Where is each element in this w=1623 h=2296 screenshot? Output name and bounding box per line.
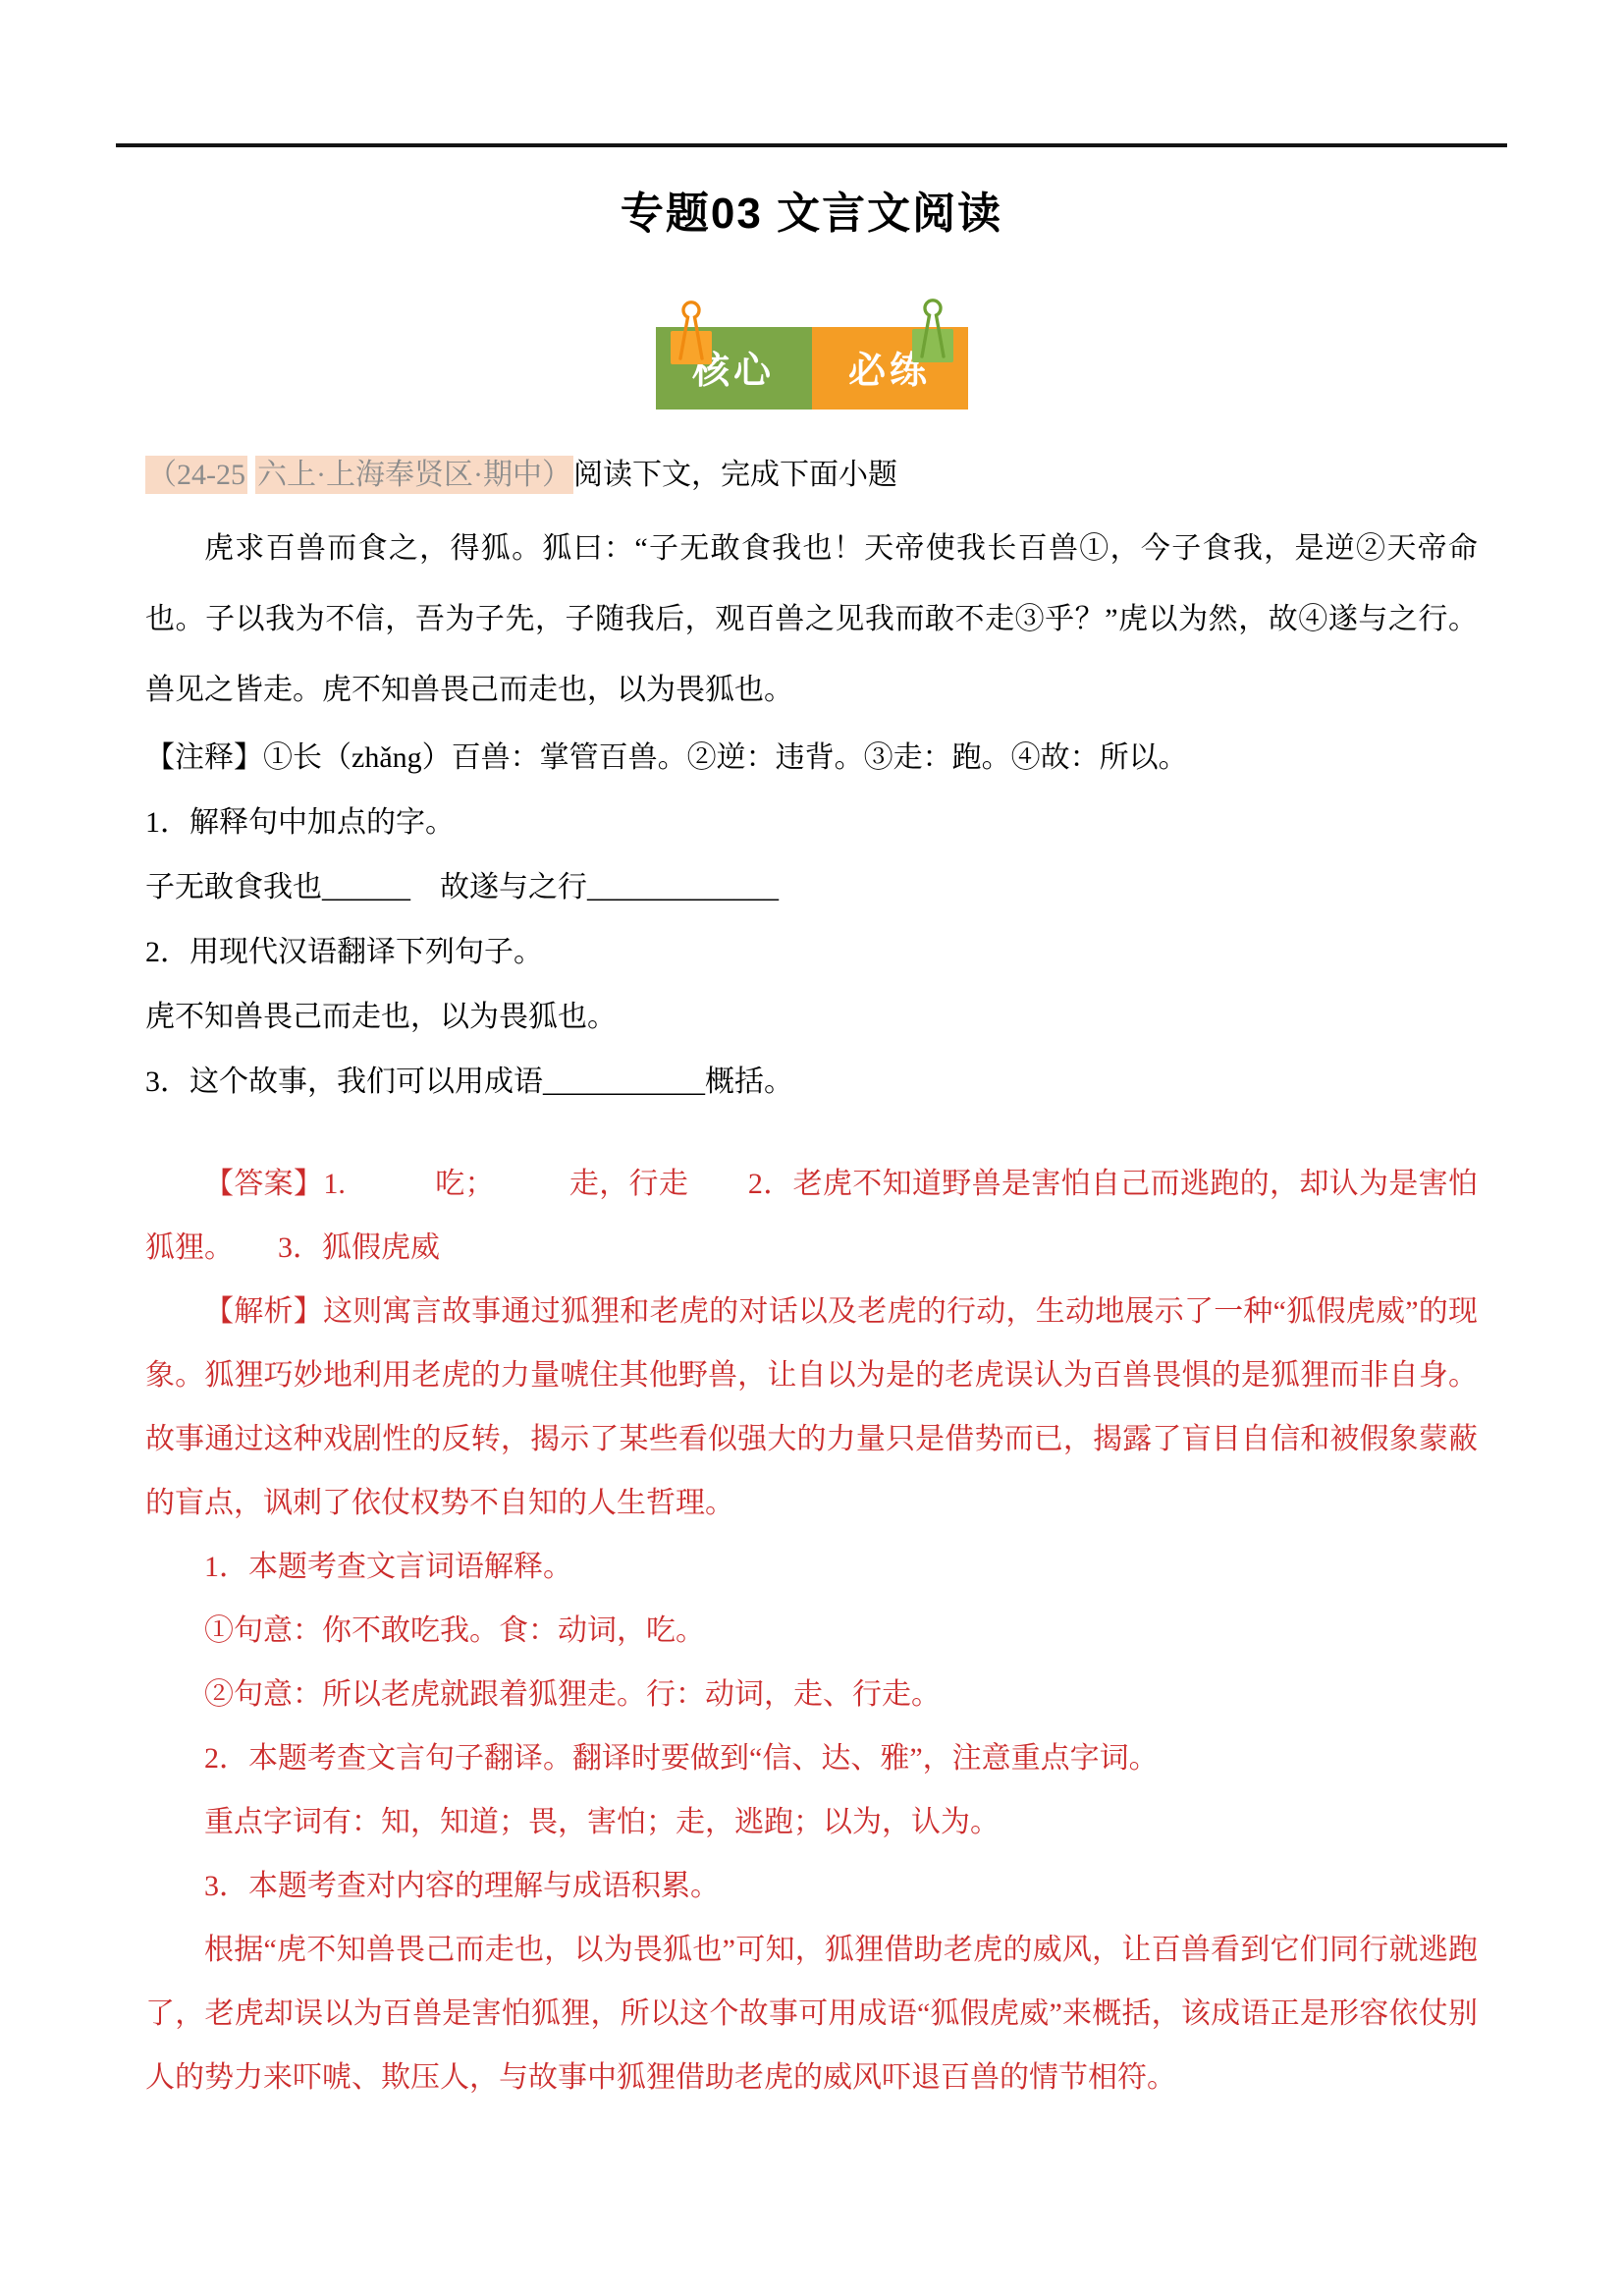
document-body: { "header": { "title": "专题03 文言文阅读" }, "… xyxy=(0,0,1623,2296)
question-1-blanks: 子无敢食我也______ 故遂与之行_____________ xyxy=(145,855,1478,920)
binder-clip-icon-orange xyxy=(668,290,715,366)
analysis-conclusion: 根据“虎不知兽畏己而走也，以为畏狐也”可知，狐狸借助老虎的威风，让百兽看到它们同… xyxy=(145,1918,1478,2109)
analysis-key-words: 重点字词有：知，知道；畏，害怕；走，逃跑；以为，认为。 xyxy=(145,1790,1478,1854)
question-2: 2．用现代汉语翻译下列句子。 xyxy=(145,920,1478,985)
analysis-sentence-meaning-2: ②句意：所以老虎就跟着狐狸走。行：动词，走、行走。 xyxy=(145,1663,1478,1726)
answer-line: 【答案】1. 吃； 走，行走 2．老虎不知道野兽是害怕自己而逃跑的，却认为是害怕… xyxy=(145,1152,1478,1280)
source-tag-year: （24-25 xyxy=(145,456,247,494)
analysis-point-2: 2．本题考查文言句子翻译。翻译时要做到“信、达、雅”，注意重点字词。 xyxy=(145,1726,1478,1790)
analysis-paragraph: 【解析】这则寓言故事通过狐狸和老虎的对话以及老虎的行动，生动地展示了一种“狐假虎… xyxy=(145,1280,1478,1535)
source-instruction: 阅读下文，完成下面小题 xyxy=(573,459,897,491)
analysis-sentence-meaning-1: ①句意：你不敢吃我。食：动词，吃。 xyxy=(145,1599,1478,1663)
question-1: 1．解释句中加点的字。 xyxy=(145,791,1478,855)
binder-clip-icon-green xyxy=(909,288,956,364)
page-title: 专题03 文言文阅读 xyxy=(145,189,1478,241)
question-2-sentence: 虎不知兽畏己而走也，以为畏狐也。 xyxy=(145,985,1478,1050)
classical-passage: 虎求百兽而食之，得狐。狐曰：“子无敢食我也！天帝使我长百兽①，今子食我，是逆②天… xyxy=(145,514,1478,726)
question-source-line: （24-25六上·上海奉贤区·期中）阅读下文，完成下面小题 xyxy=(145,453,1478,498)
worksheet-page: 专题03 文言文阅读 核心 必练 （24-25六上·上海奉贤区·期中）阅读下文，… xyxy=(0,143,1623,2109)
header-rule xyxy=(116,143,1507,147)
analysis-point-3: 3．本题考查对内容的理解与成语积累。 xyxy=(145,1854,1478,1918)
core-practice-badge: 核心 必练 xyxy=(656,327,968,410)
question-3: 3．这个故事，我们可以用成语___________概括。 xyxy=(145,1050,1478,1115)
answer-analysis-block: 【答案】1. 吃； 走，行走 2．老虎不知道野兽是害怕自己而逃跑的，却认为是害怕… xyxy=(145,1152,1478,2109)
source-tag-region: 六上·上海奉贤区·期中） xyxy=(255,456,573,494)
notes-line: 【注释】①长（zhǎng）百兽：掌管百兽。②逆：违背。③走：跑。④故：所以。 xyxy=(145,726,1478,791)
analysis-point-1: 1．本题考查文言词语解释。 xyxy=(145,1535,1478,1599)
